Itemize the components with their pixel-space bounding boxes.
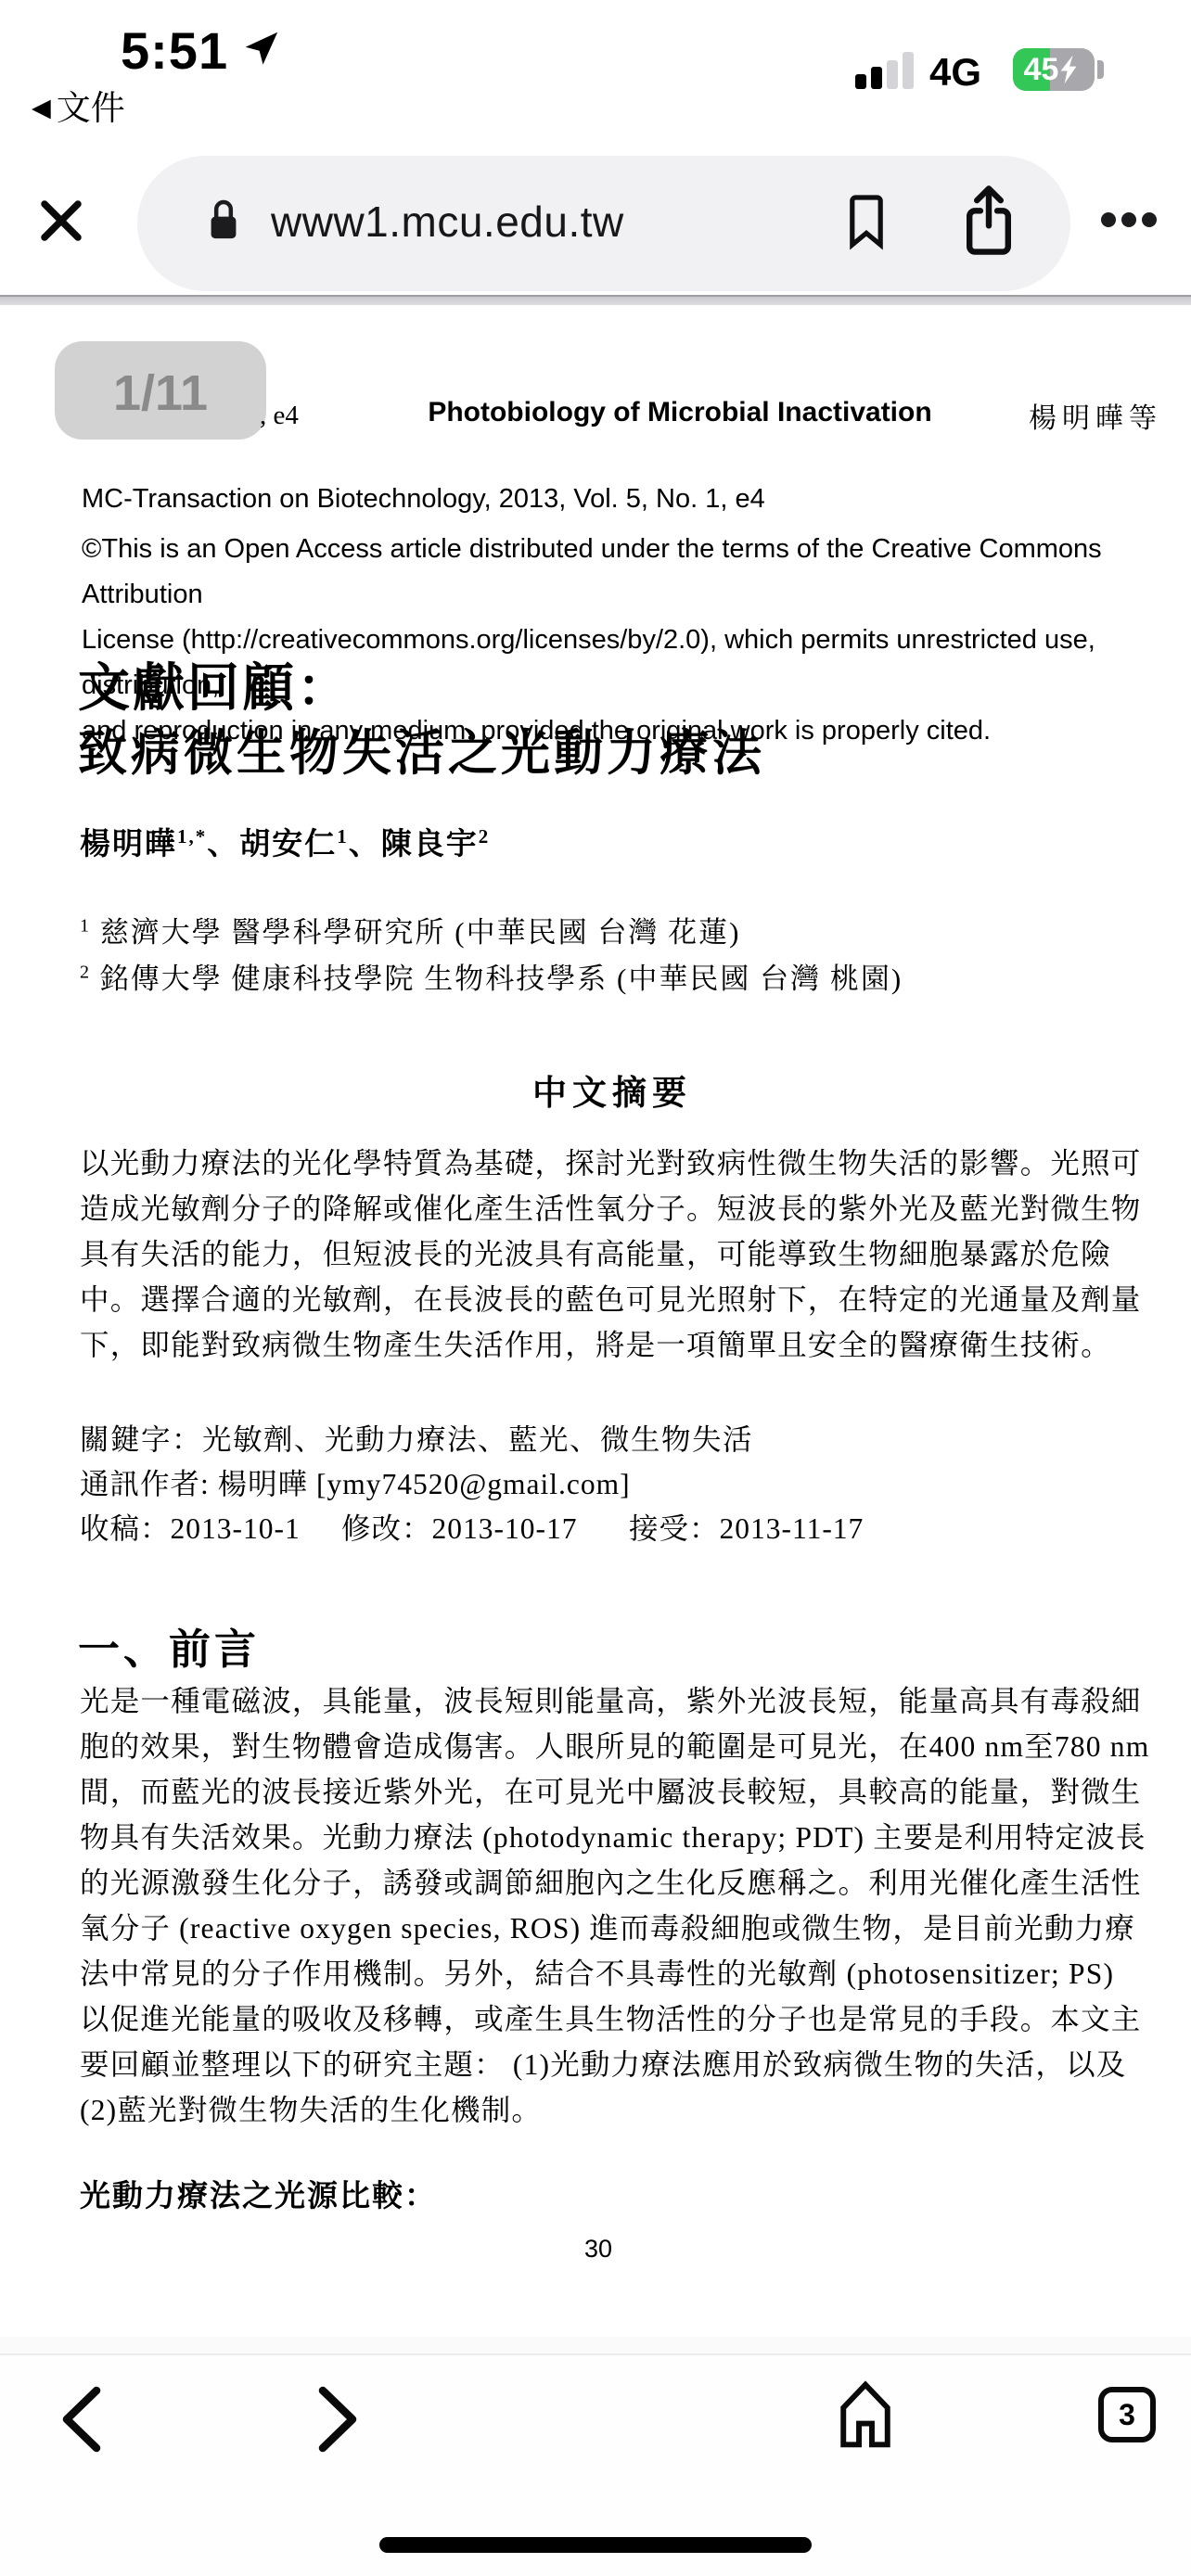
url-text[interactable]: www1.mcu.edu.tw — [271, 171, 790, 273]
back-to-app-arrow-icon: ◀ — [32, 94, 51, 121]
introduction-text: 光是一種電磁波，具能量，波長短則能量高，紫外光波長短，能量高具有毒殺細 胞的效果… — [80, 1678, 1165, 2133]
author-3-sup: 2 — [479, 825, 491, 848]
doc-title-line1: 文獻回顧： — [78, 647, 352, 721]
screen: 5:51 ◀文件 4G 45 www1.mcu.edu.tw — [0, 0, 1191, 2576]
battery-percent: 45 — [1024, 52, 1059, 88]
battery-cap — [1097, 60, 1104, 79]
keywords-line: 關鍵字：光敏劑、光動力療法、藍光、微生物失活 — [80, 1417, 753, 1459]
share-icon[interactable] — [959, 184, 1018, 258]
network-type-label: 4G — [929, 50, 981, 95]
date-revised: 修改：2013-10-17 — [341, 1506, 577, 1548]
charging-bolt-icon — [1059, 55, 1078, 84]
author-1-sup: 1,* — [177, 825, 207, 848]
author-3: 陳良宇 — [381, 828, 479, 861]
tabs-button[interactable]: 3 — [1098, 2387, 1156, 2442]
affiliation-2: 2 銘傳大學 健康科技學院 生物科技學系 (中華民國 台灣 桃園) — [80, 955, 903, 997]
light-source-subheading: 光動力療法之光源比較： — [80, 2172, 437, 2215]
date-received: 收稿：2013-10-1 — [80, 1506, 301, 1548]
doc-title-line2: 致病微生物失活之光動力療法 — [78, 714, 765, 784]
corresponding-author-line: 通訊作者: 楊明曄 [ymy74520@gmail.com] — [80, 1461, 631, 1503]
lock-icon — [206, 195, 241, 245]
close-button[interactable] — [37, 197, 85, 245]
doc-header-title: Photobiology of Microbial Inactivation — [428, 397, 931, 428]
author-2: 胡安仁 — [239, 828, 337, 861]
affiliation-1: 1 慈濟大學 醫學科學研究所 (中華民國 台灣 花蓮) — [80, 909, 740, 950]
author-1: 楊明曄 — [80, 828, 177, 861]
forward-icon[interactable] — [317, 2385, 360, 2454]
status-time: 5:51 — [121, 20, 228, 81]
section-1-heading: 一、前言 — [78, 1615, 260, 1676]
author-separator: 、 — [349, 828, 381, 861]
toolbar-divider — [0, 295, 1191, 305]
abstract-heading: 中文摘要 — [532, 1065, 692, 1115]
author-list: 楊明曄1,*、胡安仁1、陳良宇2 — [80, 820, 490, 863]
doc-header-left: , e4 — [260, 401, 299, 431]
abstract-text: 以光動力療法的光化學特質為基礎，探討光對致病性微生物失活的影響。光照可 造成光敏… — [80, 1141, 1165, 1368]
page-indicator-badge: 1/11 — [55, 341, 266, 440]
home-indicator[interactable] — [379, 2537, 812, 2553]
more-menu-icon[interactable] — [1100, 211, 1158, 228]
doc-header-author: 楊明曄等 — [1029, 395, 1162, 436]
pdf-page-number: 30 — [584, 2235, 612, 2264]
journal-citation: MC-Transaction on Biotechnology, 2013, V… — [82, 484, 765, 515]
author-separator: 、 — [207, 828, 239, 861]
tab-count: 3 — [1119, 2398, 1135, 2432]
location-services-icon — [239, 28, 282, 70]
date-accepted: 接受：2013-11-17 — [629, 1506, 864, 1548]
author-2-sup: 1 — [337, 825, 349, 848]
signal-strength-icon — [855, 52, 920, 89]
content-end-band — [0, 2337, 1191, 2353]
battery-icon: 45 — [1013, 48, 1095, 91]
home-icon[interactable] — [837, 2379, 894, 2450]
back-to-app-label: 文件 — [57, 89, 125, 127]
bookmark-icon[interactable] — [844, 193, 889, 250]
back-icon[interactable] — [59, 2385, 102, 2454]
back-to-app-button[interactable]: ◀文件 — [32, 80, 125, 130]
